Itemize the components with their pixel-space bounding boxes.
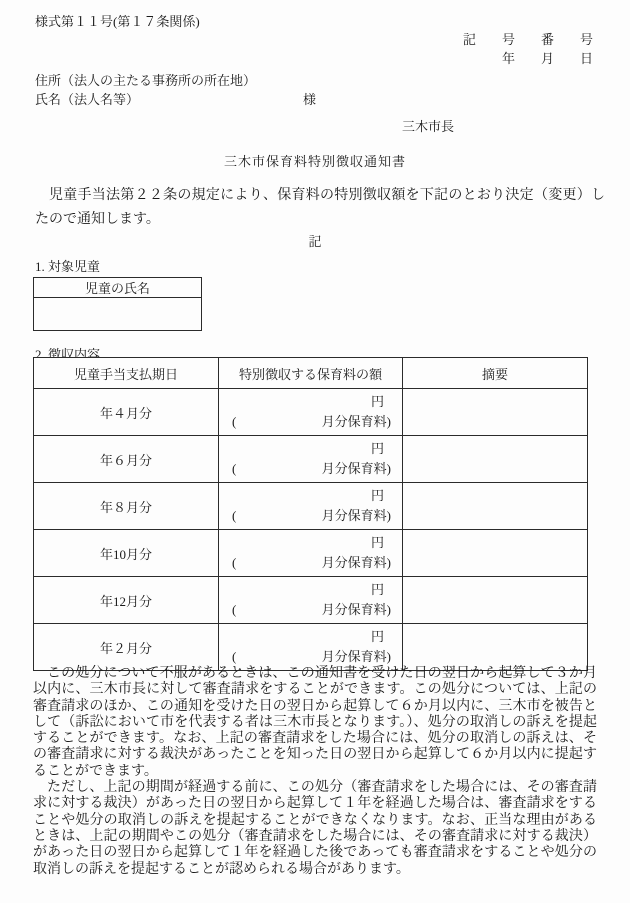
header-payment-date: 児童手当支払期日 [34, 358, 219, 389]
note-cell [403, 577, 588, 624]
amount-paren-label: 月分保育料) [322, 553, 391, 573]
header-amount: 特別徴収する保育料の額 [219, 358, 403, 389]
appeal-paragraph-1: この処分について不服があるときは、この通知書を受けた日の翌日から起算して３か月以… [33, 666, 597, 780]
date-line: 年 月 日 [463, 49, 593, 68]
section-1-title: 1. 対象児童 [35, 256, 100, 275]
document-title: 三木市保育料特別徴収通知書 [0, 151, 630, 170]
payment-period-cell: 年６月分 [34, 436, 219, 483]
amount-unit: 円 [219, 486, 402, 506]
amount-cell: 円 ( 月分保育料) [219, 483, 403, 530]
address-line: 住所（法人の主たる事務所の所在地） [35, 70, 256, 89]
amount-paren-open: ( [232, 459, 236, 479]
table-row [34, 298, 202, 331]
issuer-name: 三木市長 [402, 116, 454, 135]
amount-cell: 円 ( 月分保育料) [219, 389, 403, 436]
header-note: 摘要 [403, 358, 588, 389]
amount-paren-label: 月分保育料) [322, 412, 391, 432]
amount-paren-label: 月分保育料) [322, 647, 391, 667]
amount-paren-label: 月分保育料) [322, 600, 391, 620]
payment-period-cell: 年８月分 [34, 483, 219, 530]
table-row-february: 年２月分 円 ( 月分保育料) [34, 624, 588, 671]
addressee-line: 氏名（法人名等） 様 [35, 89, 595, 108]
addressee-label: 氏名（法人名等） [35, 92, 139, 107]
note-cell [403, 436, 588, 483]
collection-table: 児童手当支払期日 特別徴収する保育料の額 摘要 年４月分 円 ( 月分保育料) … [33, 357, 588, 671]
amount-paren-open: ( [232, 553, 236, 573]
table-row-august: 年８月分 円 ( 月分保育料) [34, 483, 588, 530]
payment-period-cell: 年２月分 [34, 624, 219, 671]
amount-paren-label: 月分保育料) [322, 459, 391, 479]
note-cell [403, 389, 588, 436]
table-row-october: 年10月分 円 ( 月分保育料) [34, 530, 588, 577]
appeal-paragraph-2: ただし、上記の期間が経過する前に、この処分（審査請求をした場合には、その審査請求… [33, 780, 597, 878]
child-name-header: 児童の氏名 [34, 278, 202, 298]
payment-period-cell: 年４月分 [34, 389, 219, 436]
table-header-row: 児童手当支払期日 特別徴収する保育料の額 摘要 [34, 358, 588, 389]
amount-paren-label: 月分保育料) [322, 506, 391, 526]
amount-cell: 円 ( 月分保育料) [219, 624, 403, 671]
amount-paren-open: ( [232, 647, 236, 667]
appeal-notice: この処分について不服があるときは、この通知書を受けた日の翌日から起算して３か月以… [33, 666, 597, 878]
amount-unit: 円 [219, 580, 402, 600]
table-row-april: 年４月分 円 ( 月分保育料) [34, 389, 588, 436]
target-children-table: 児童の氏名 [33, 277, 202, 331]
table-header-row: 児童の氏名 [34, 278, 202, 298]
honorific-sama: 様 [303, 89, 316, 108]
reference-block: 記 号 番 号 年 月 日 [463, 30, 593, 68]
amount-cell: 円 ( 月分保育料) [219, 577, 403, 624]
note-cell [403, 530, 588, 577]
child-name-cell [34, 298, 202, 331]
amount-unit: 円 [219, 439, 402, 459]
amount-unit: 円 [219, 533, 402, 553]
notification-document: 様式第１１号(第１７条関係) 記 号 番 号 年 月 日 住所（法人の主たる事務… [0, 0, 630, 903]
intro-paragraph: 児童手当法第２２条の規定により、保育料の特別徴収額を下記のとおり決定（変更）した… [35, 184, 605, 232]
note-cell [403, 624, 588, 671]
payment-period-cell: 年10月分 [34, 530, 219, 577]
amount-unit: 円 [219, 627, 402, 647]
amount-unit: 円 [219, 392, 402, 412]
amount-cell: 円 ( 月分保育料) [219, 436, 403, 483]
table-row-december: 年12月分 円 ( 月分保育料) [34, 577, 588, 624]
note-cell [403, 483, 588, 530]
reference-number-line: 記 号 番 号 [463, 30, 593, 49]
amount-cell: 円 ( 月分保育料) [219, 530, 403, 577]
amount-paren-open: ( [232, 412, 236, 432]
amount-paren-open: ( [232, 600, 236, 620]
amount-paren-open: ( [232, 506, 236, 526]
ki-marker: 記 [0, 231, 630, 250]
form-number: 様式第１１号(第１７条関係) [35, 11, 200, 30]
table-row-june: 年６月分 円 ( 月分保育料) [34, 436, 588, 483]
payment-period-cell: 年12月分 [34, 577, 219, 624]
